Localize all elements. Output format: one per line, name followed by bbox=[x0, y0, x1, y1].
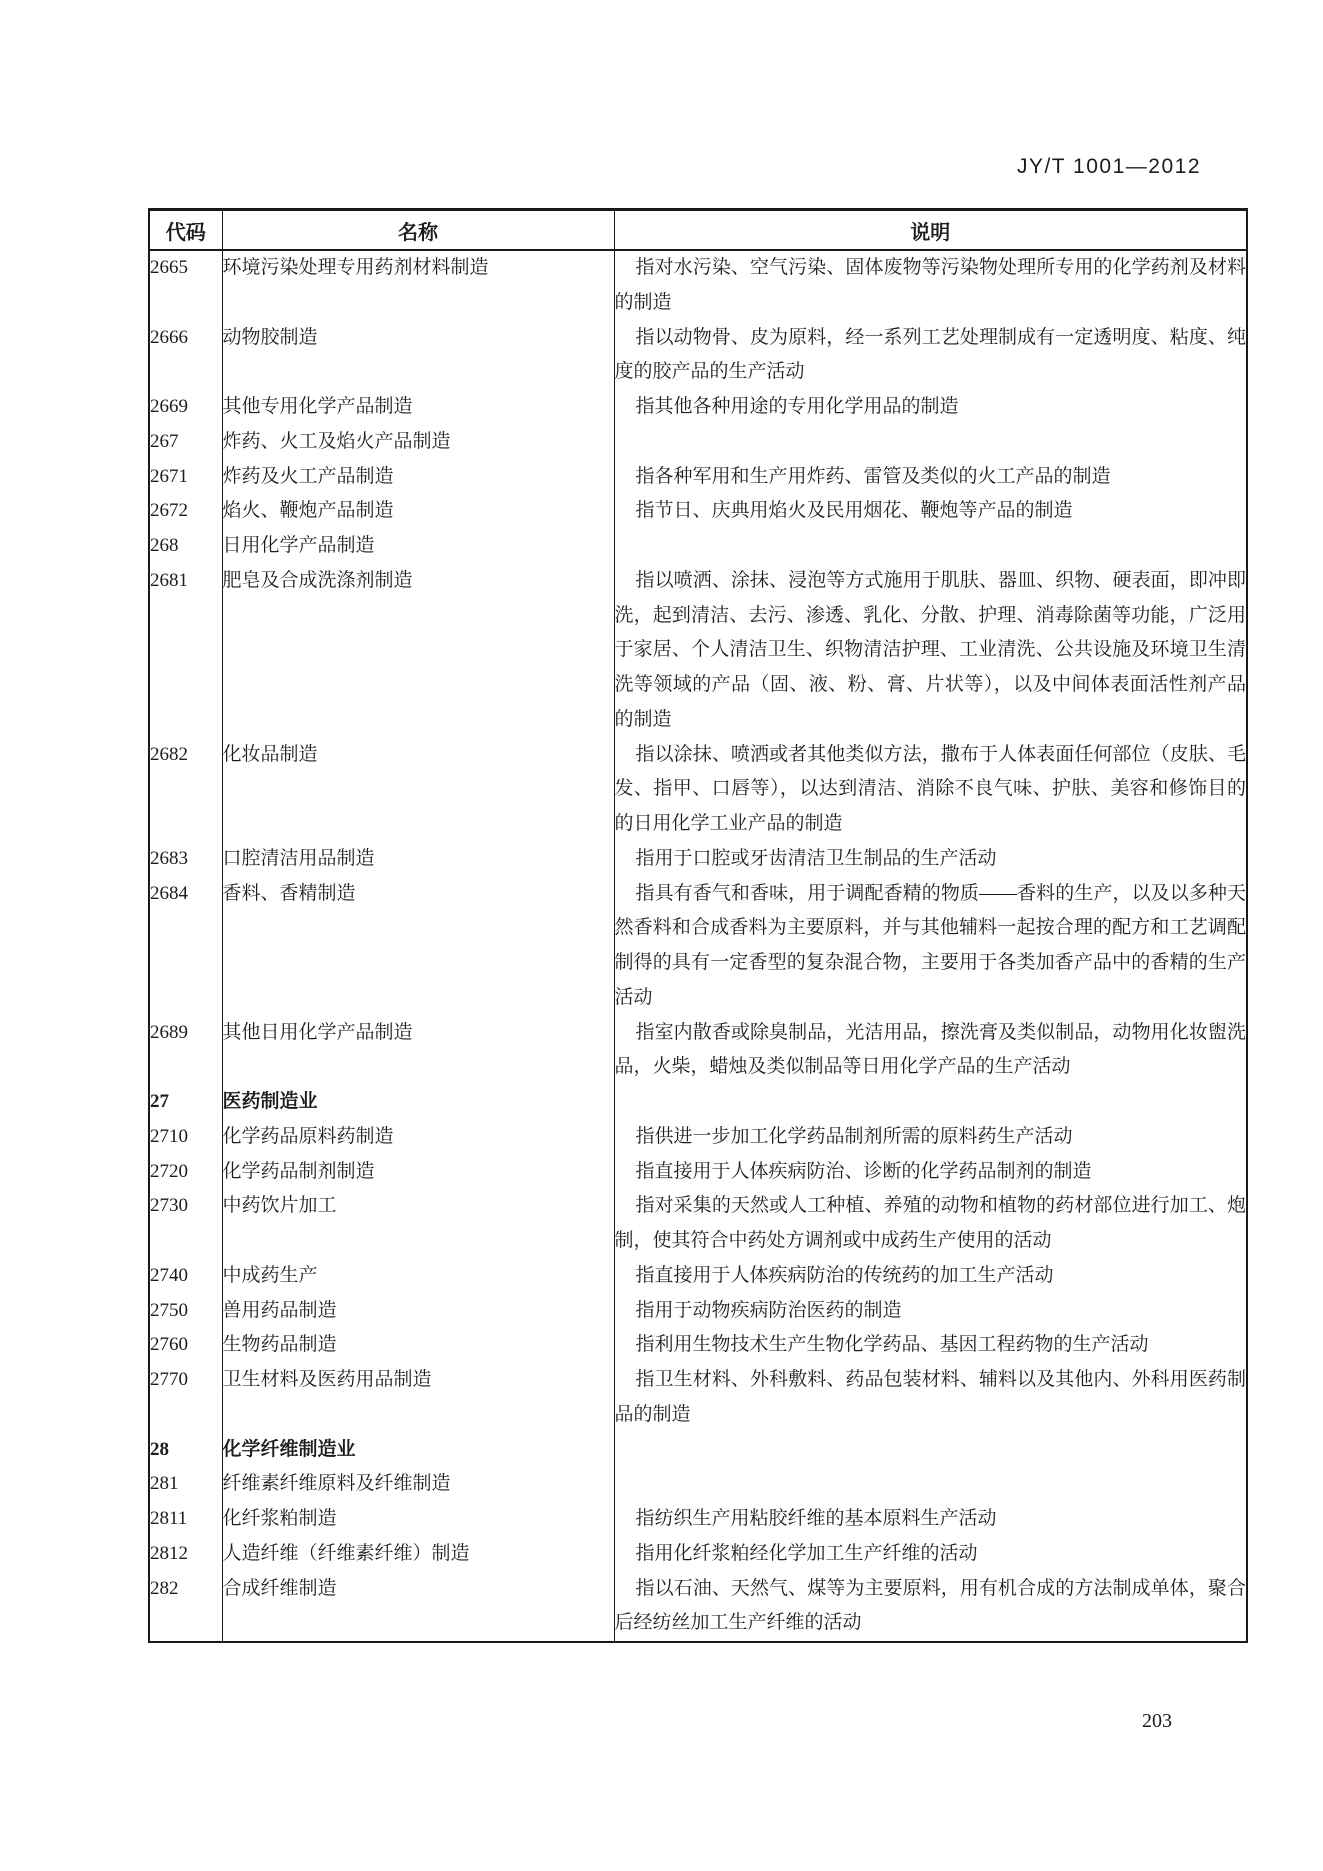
desc-cell: 指室内散香或除臭制品，光洁用品，擦洗膏及类似制品，动物用化妆盥洗品，火柴，蜡烛及… bbox=[614, 1016, 1247, 1086]
name-cell: 肥皂及合成洗涤剂制造 bbox=[222, 564, 614, 738]
table-row: 2682 化妆品制造 指以涂抹、喷洒或者其他类似方法，撒布于人体表面任何部位（皮… bbox=[149, 738, 1247, 842]
desc-cell bbox=[614, 425, 1247, 460]
table-row: 267 炸药、火工及焰火产品制造 bbox=[149, 425, 1247, 460]
desc-cell: 指用于动物疾病防治医药的制造 bbox=[614, 1294, 1247, 1329]
code-cell: 2671 bbox=[149, 460, 222, 495]
name-cell: 香料、香精制造 bbox=[222, 877, 614, 1016]
name-cell: 合成纤维制造 bbox=[222, 1572, 614, 1643]
desc-cell: 指以喷洒、涂抹、浸泡等方式施用于肌肤、器皿、织物、硬表面，即冲即洗，起到清洁、去… bbox=[614, 564, 1247, 738]
desc-cell: 指用于口腔或牙齿清洁卫生制品的生产活动 bbox=[614, 842, 1247, 877]
code-cell: 2760 bbox=[149, 1328, 222, 1363]
desc-cell: 指对水污染、空气污染、固体废物等污染物处理所专用的化学药剂及材料的制造 bbox=[614, 250, 1247, 321]
code-cell: 28 bbox=[149, 1433, 222, 1468]
standard-number: JY/T 1001—2012 bbox=[1017, 155, 1201, 179]
table-row: 2811 化纤浆粕制造 指纺织生产用粘胶纤维的基本原料生产活动 bbox=[149, 1502, 1247, 1537]
classification-table: 代码 名称 说明 2665 环境污染处理专用药剂材料制造 指对水污染、空气污染、… bbox=[148, 208, 1248, 1643]
name-cell: 化学药品制剂制造 bbox=[222, 1155, 614, 1190]
desc-cell: 指纺织生产用粘胶纤维的基本原料生产活动 bbox=[614, 1502, 1247, 1537]
desc-cell: 指节日、庆典用焰火及民用烟花、鞭炮等产品的制造 bbox=[614, 494, 1247, 529]
code-cell: 2770 bbox=[149, 1363, 222, 1433]
desc-cell: 指卫生材料、外科敷料、药品包装材料、辅料以及其他内、外科用医药制品的制造 bbox=[614, 1363, 1247, 1433]
table-row: 2740 中成药生产 指直接用于人体疾病防治的传统药的加工生产活动 bbox=[149, 1259, 1247, 1294]
desc-cell: 指对采集的天然或人工种植、养殖的动物和植物的药材部位进行加工、炮制，使其符合中药… bbox=[614, 1189, 1247, 1259]
code-cell: 2681 bbox=[149, 564, 222, 738]
code-cell: 267 bbox=[149, 425, 222, 460]
code-cell: 2669 bbox=[149, 390, 222, 425]
name-cell: 化学药品原料药制造 bbox=[222, 1120, 614, 1155]
code-cell: 2683 bbox=[149, 842, 222, 877]
name-cell: 卫生材料及医药用品制造 bbox=[222, 1363, 614, 1433]
table-row: 2770 卫生材料及医药用品制造 指卫生材料、外科敷料、药品包装材料、辅料以及其… bbox=[149, 1363, 1247, 1433]
name-cell: 其他日用化学产品制造 bbox=[222, 1016, 614, 1086]
desc-cell: 指直接用于人体疾病防治、诊断的化学药品制剂的制造 bbox=[614, 1155, 1247, 1190]
desc-cell: 指直接用于人体疾病防治的传统药的加工生产活动 bbox=[614, 1259, 1247, 1294]
table-header-row: 代码 名称 说明 bbox=[149, 210, 1247, 251]
name-cell: 炸药、火工及焰火产品制造 bbox=[222, 425, 614, 460]
name-cell: 纤维素纤维原料及纤维制造 bbox=[222, 1467, 614, 1502]
name-cell: 人造纤维（纤维素纤维）制造 bbox=[222, 1537, 614, 1572]
code-cell: 2689 bbox=[149, 1016, 222, 1086]
desc-cell: 指供进一步加工化学药品制剂所需的原料药生产活动 bbox=[614, 1120, 1247, 1155]
desc-cell: 指用化纤浆粕经化学加工生产纤维的活动 bbox=[614, 1537, 1247, 1572]
name-cell: 生物药品制造 bbox=[222, 1328, 614, 1363]
table-row: 2730 中药饮片加工 指对采集的天然或人工种植、养殖的动物和植物的药材部位进行… bbox=[149, 1189, 1247, 1259]
table-row: 2760 生物药品制造 指利用生物技术生产生物化学药品、基因工程药物的生产活动 bbox=[149, 1328, 1247, 1363]
name-cell: 中药饮片加工 bbox=[222, 1189, 614, 1259]
code-cell: 2812 bbox=[149, 1537, 222, 1572]
column-header-desc: 说明 bbox=[614, 210, 1247, 251]
code-cell: 282 bbox=[149, 1572, 222, 1643]
desc-cell: 指各种军用和生产用炸药、雷管及类似的火工产品的制造 bbox=[614, 460, 1247, 495]
table-section-row: 27 医药制造业 bbox=[149, 1085, 1247, 1120]
table-row: 2669 其他专用化学产品制造 指其他各种用途的专用化学用品的制造 bbox=[149, 390, 1247, 425]
code-cell: 2665 bbox=[149, 250, 222, 321]
name-cell: 日用化学产品制造 bbox=[222, 529, 614, 564]
code-cell: 2672 bbox=[149, 494, 222, 529]
table-row: 2666 动物胶制造 指以动物骨、皮为原料，经一系列工艺处理制成有一定透明度、粘… bbox=[149, 321, 1247, 391]
desc-cell: 指以石油、天然气、煤等为主要原料，用有机合成的方法制成单体，聚合后经纺丝加工生产… bbox=[614, 1572, 1247, 1643]
desc-cell bbox=[614, 529, 1247, 564]
table-row: 2710 化学药品原料药制造 指供进一步加工化学药品制剂所需的原料药生产活动 bbox=[149, 1120, 1247, 1155]
table-row: 282 合成纤维制造 指以石油、天然气、煤等为主要原料，用有机合成的方法制成单体… bbox=[149, 1572, 1247, 1643]
table-row: 2683 口腔清洁用品制造 指用于口腔或牙齿清洁卫生制品的生产活动 bbox=[149, 842, 1247, 877]
desc-cell: 指以动物骨、皮为原料，经一系列工艺处理制成有一定透明度、粘度、纯度的胶产品的生产… bbox=[614, 321, 1247, 391]
desc-cell bbox=[614, 1467, 1247, 1502]
page-number: 203 bbox=[1142, 1710, 1172, 1733]
name-cell: 焰火、鞭炮产品制造 bbox=[222, 494, 614, 529]
desc-cell: 指其他各种用途的专用化学用品的制造 bbox=[614, 390, 1247, 425]
code-cell: 2740 bbox=[149, 1259, 222, 1294]
name-cell: 炸药及火工产品制造 bbox=[222, 460, 614, 495]
code-cell: 2750 bbox=[149, 1294, 222, 1329]
table-row: 2665 环境污染处理专用药剂材料制造 指对水污染、空气污染、固体废物等污染物处… bbox=[149, 250, 1247, 321]
table-row: 2750 兽用药品制造 指用于动物疾病防治医药的制造 bbox=[149, 1294, 1247, 1329]
code-cell: 268 bbox=[149, 529, 222, 564]
code-cell: 2720 bbox=[149, 1155, 222, 1190]
code-cell: 2730 bbox=[149, 1189, 222, 1259]
table-section-row: 28 化学纤维制造业 bbox=[149, 1433, 1247, 1468]
code-cell: 2710 bbox=[149, 1120, 222, 1155]
table-row: 268 日用化学产品制造 bbox=[149, 529, 1247, 564]
table-row: 281 纤维素纤维原料及纤维制造 bbox=[149, 1467, 1247, 1502]
document-page: { "header": { "doc_code": "JY/T 1001—201… bbox=[0, 0, 1323, 1871]
desc-cell: 指利用生物技术生产生物化学药品、基因工程药物的生产活动 bbox=[614, 1328, 1247, 1363]
table-row: 2681 肥皂及合成洗涤剂制造 指以喷洒、涂抹、浸泡等方式施用于肌肤、器皿、织物… bbox=[149, 564, 1247, 738]
code-cell: 2666 bbox=[149, 321, 222, 391]
code-cell: 281 bbox=[149, 1467, 222, 1502]
name-cell: 口腔清洁用品制造 bbox=[222, 842, 614, 877]
name-cell: 中成药生产 bbox=[222, 1259, 614, 1294]
code-cell: 2684 bbox=[149, 877, 222, 1016]
table-row: 2720 化学药品制剂制造 指直接用于人体疾病防治、诊断的化学药品制剂的制造 bbox=[149, 1155, 1247, 1190]
desc-cell: 指具有香气和香味，用于调配香精的物质——香料的生产，以及以多种天然香料和合成香料… bbox=[614, 877, 1247, 1016]
column-header-code: 代码 bbox=[149, 210, 222, 251]
code-cell: 2811 bbox=[149, 1502, 222, 1537]
table-row: 2672 焰火、鞭炮产品制造 指节日、庆典用焰火及民用烟花、鞭炮等产品的制造 bbox=[149, 494, 1247, 529]
table-row: 2671 炸药及火工产品制造 指各种军用和生产用炸药、雷管及类似的火工产品的制造 bbox=[149, 460, 1247, 495]
table-row: 2812 人造纤维（纤维素纤维）制造 指用化纤浆粕经化学加工生产纤维的活动 bbox=[149, 1537, 1247, 1572]
code-cell: 2682 bbox=[149, 738, 222, 842]
table-row: 2684 香料、香精制造 指具有香气和香味，用于调配香精的物质——香料的生产，以… bbox=[149, 877, 1247, 1016]
name-cell: 化妆品制造 bbox=[222, 738, 614, 842]
name-cell: 其他专用化学产品制造 bbox=[222, 390, 614, 425]
code-cell: 27 bbox=[149, 1085, 222, 1120]
name-cell: 动物胶制造 bbox=[222, 321, 614, 391]
name-cell: 环境污染处理专用药剂材料制造 bbox=[222, 250, 614, 321]
desc-cell bbox=[614, 1085, 1247, 1120]
name-cell: 化纤浆粕制造 bbox=[222, 1502, 614, 1537]
name-cell: 医药制造业 bbox=[222, 1085, 614, 1120]
name-cell: 化学纤维制造业 bbox=[222, 1433, 614, 1468]
column-header-name: 名称 bbox=[222, 210, 614, 251]
name-cell: 兽用药品制造 bbox=[222, 1294, 614, 1329]
table-row: 2689 其他日用化学产品制造 指室内散香或除臭制品，光洁用品，擦洗膏及类似制品… bbox=[149, 1016, 1247, 1086]
desc-cell: 指以涂抹、喷洒或者其他类似方法，撒布于人体表面任何部位（皮肤、毛发、指甲、口唇等… bbox=[614, 738, 1247, 842]
desc-cell bbox=[614, 1433, 1247, 1468]
